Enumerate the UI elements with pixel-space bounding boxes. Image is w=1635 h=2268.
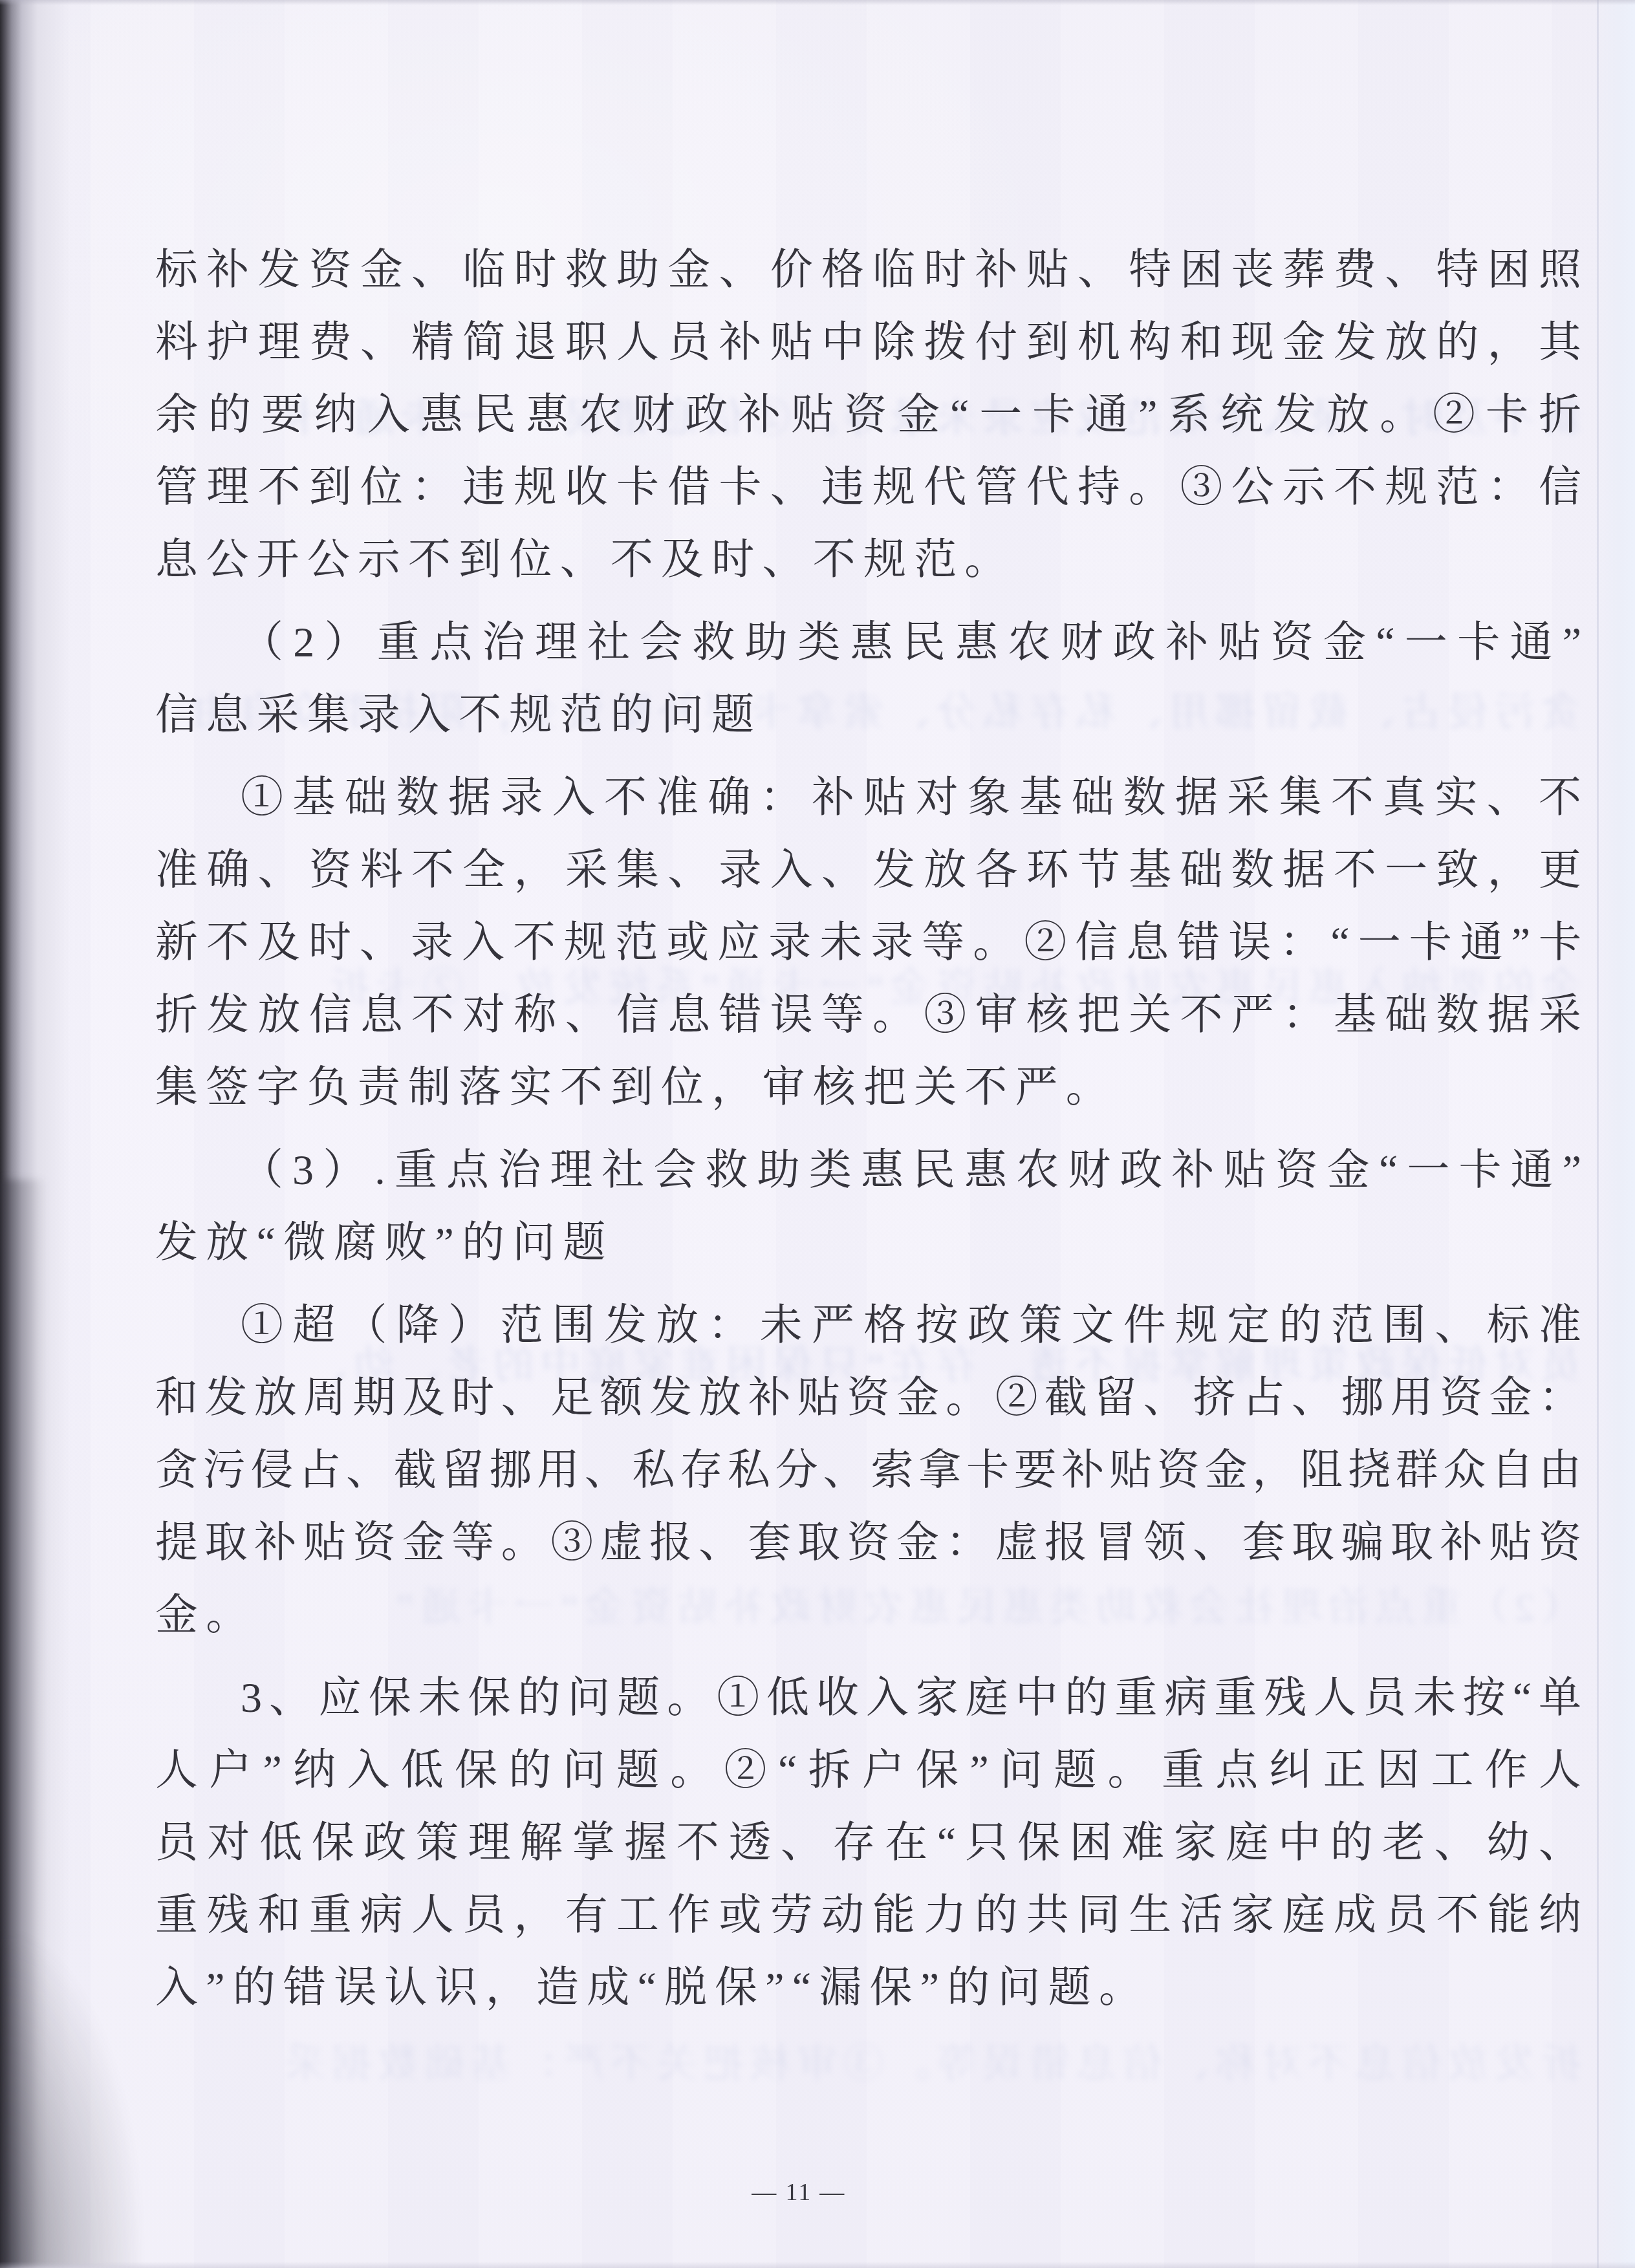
page-number: — 11 —	[702, 2178, 896, 2207]
scan-corner-shadow	[0, 1932, 142, 2268]
text-line: 发放“微腐败”的问题	[155, 1207, 1581, 1279]
text-line: 和发放周期及时、足额发放补贴资金。②截留、挤占、挪用资金：	[155, 1362, 1581, 1434]
text-line: （3）.重点治理社会救助类惠民惠农财政补贴资金“一卡通”	[155, 1134, 1581, 1207]
text-line: 金。	[155, 1579, 1581, 1652]
document-text-column: 标补发资金、临时救助金、价格临时补贴、特困丧葬费、特困照 料护理费、精简退职人员…	[155, 234, 1581, 2024]
text-line: 入”的错误认识，造成“脱保”“漏保”的问题。	[155, 1952, 1581, 2024]
scan-edge-shadow-bottom	[0, 2262, 1635, 2268]
text-line: ①超（降）范围发放：未严格按政策文件规定的范围、标准	[155, 1290, 1581, 1362]
text-line: 息公开公示不到位、不及时、不规范。	[155, 524, 1581, 596]
text-line: 3、应保未保的问题。①低收入家庭中的重病重残人员未按“单	[155, 1662, 1581, 1734]
scan-backing-strip-right	[1594, 0, 1635, 2268]
text-line: 重残和重病人员，有工作或劳动能力的共同生活家庭成员不能纳	[155, 1879, 1581, 1952]
text-line: 提取补贴资金等。③虚报、套取资金：虚报冒领、套取骗取补贴资	[155, 1507, 1581, 1579]
text-line: 人户”纳入低保的问题。②“拆户保”问题。重点纠正因工作人	[155, 1734, 1581, 1807]
text-line: （2）重点治理社会救助类惠民惠农财政补贴资金“一卡通”	[155, 607, 1581, 679]
scan-edge-shadow-top	[0, 0, 1635, 5]
text-line: 管理不到位：违规收卡借卡、违规代管代持。③公示不规范：信	[155, 451, 1581, 524]
text-line: ①基础数据录入不准确：补贴对象基础数据采集不真实、不	[155, 762, 1581, 834]
text-line: 信息采集录入不规范的问题	[155, 679, 1581, 751]
text-line: 余的要纳入惠民惠农财政补贴资金“一卡通”系统发放。②卡折	[155, 379, 1581, 451]
text-line: 新不及时、录入不规范或应录未录等。②信息错误：“一卡通”卡	[155, 907, 1581, 979]
text-line: 贪污侵占、截留挪用、私存私分、索拿卡要补贴资金，阻挠群众自由	[155, 1434, 1581, 1507]
text-line: 准确、资料不全，采集、录入、发放各环节基础数据不一致，更	[155, 834, 1581, 907]
text-line: 员对低保政策理解掌握不透、存在“只保困难家庭中的老、幼、	[155, 1807, 1581, 1879]
text-line: 集签字负责制落实不到位，审核把关不严。	[155, 1052, 1581, 1124]
text-line: 折发放信息不对称、信息错误等。③审核把关不严：基础数据采	[155, 979, 1581, 1052]
text-line: 料护理费、精简退职人员补贴中除拨付到机构和现金发放的，其	[155, 307, 1581, 379]
text-line: 标补发资金、临时救助金、价格临时补贴、特困丧葬费、特困照	[155, 234, 1581, 307]
